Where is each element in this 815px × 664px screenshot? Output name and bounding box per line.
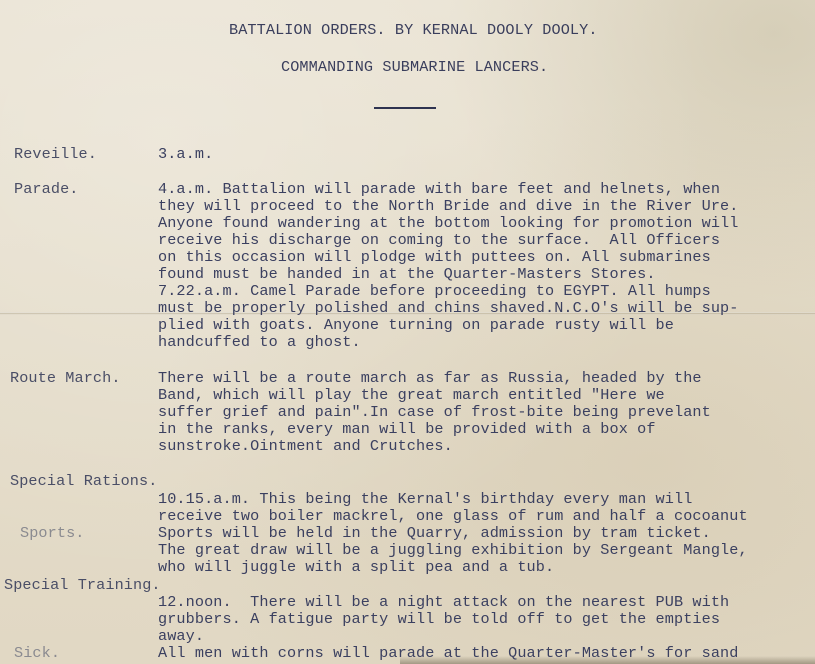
document-title: BATTALION ORDERS. BY KERNAL DOOLY DOOLY. (229, 21, 598, 39)
special-training-line: away. (158, 627, 204, 645)
title-divider (374, 107, 436, 109)
section-label-reveille: Reveille. (14, 145, 97, 163)
route-march-line: suffer grief and pain".In case of frost-… (158, 403, 711, 421)
special-training-line: grubbers. A fatigue party will be told o… (158, 610, 720, 628)
special-training-line: 12.noon. There will be a night attack on… (158, 593, 729, 611)
parade-line: 4.a.m. Battalion will parade with bare f… (158, 180, 720, 198)
special-rations-line: 10.15.a.m. This being the Kernal's birth… (158, 490, 692, 508)
special-rations-line: receive two boiler mackrel, one glass of… (158, 507, 748, 525)
parade-line: Anyone found wandering at the bottom loo… (158, 214, 738, 232)
sick-line: All men with corns will parade at the Qu… (158, 644, 738, 662)
parade-line: must be properly polished and chins shav… (158, 299, 738, 317)
reveille-line: 3.a.m. (158, 145, 213, 163)
route-march-line: Band, which will play the great march en… (158, 386, 665, 404)
section-label-special-rations: Special Rations. (10, 472, 157, 490)
parade-line: 7.22.a.m. Camel Parade before proceeding… (158, 282, 711, 300)
parade-line: they will proceed to the North Bride and… (158, 197, 738, 215)
route-march-line: There will be a route march as far as Ru… (158, 369, 702, 387)
parade-line: on this occasion will plodge with puttee… (158, 248, 711, 266)
section-label-sick: Sick. (14, 644, 60, 662)
sports-line: who will juggle with a split pea and a t… (158, 558, 554, 576)
section-label-special-training: Special Training. (4, 576, 161, 594)
parade-line: plied with goats. Anyone turning on para… (158, 316, 674, 334)
section-label-sports: Sports. (20, 524, 85, 542)
parade-line: found must be handed in at the Quarter-M… (158, 265, 656, 283)
sports-line: Sports will be held in the Quarry, admis… (158, 524, 711, 542)
section-label-parade: Parade. (14, 180, 79, 198)
route-march-line: sunstroke.Ointment and Crutches. (158, 437, 453, 455)
route-march-line: in the ranks, every man will be provided… (158, 420, 656, 438)
parade-line: handcuffed to a ghost. (158, 333, 361, 351)
parade-line: receive his discharge on coming to the s… (158, 231, 720, 249)
document-subtitle: COMMANDING SUBMARINE LANCERS. (281, 58, 548, 76)
section-label-route-march: Route March. (10, 369, 121, 387)
sports-line: The great draw will be a juggling exhibi… (158, 541, 748, 559)
